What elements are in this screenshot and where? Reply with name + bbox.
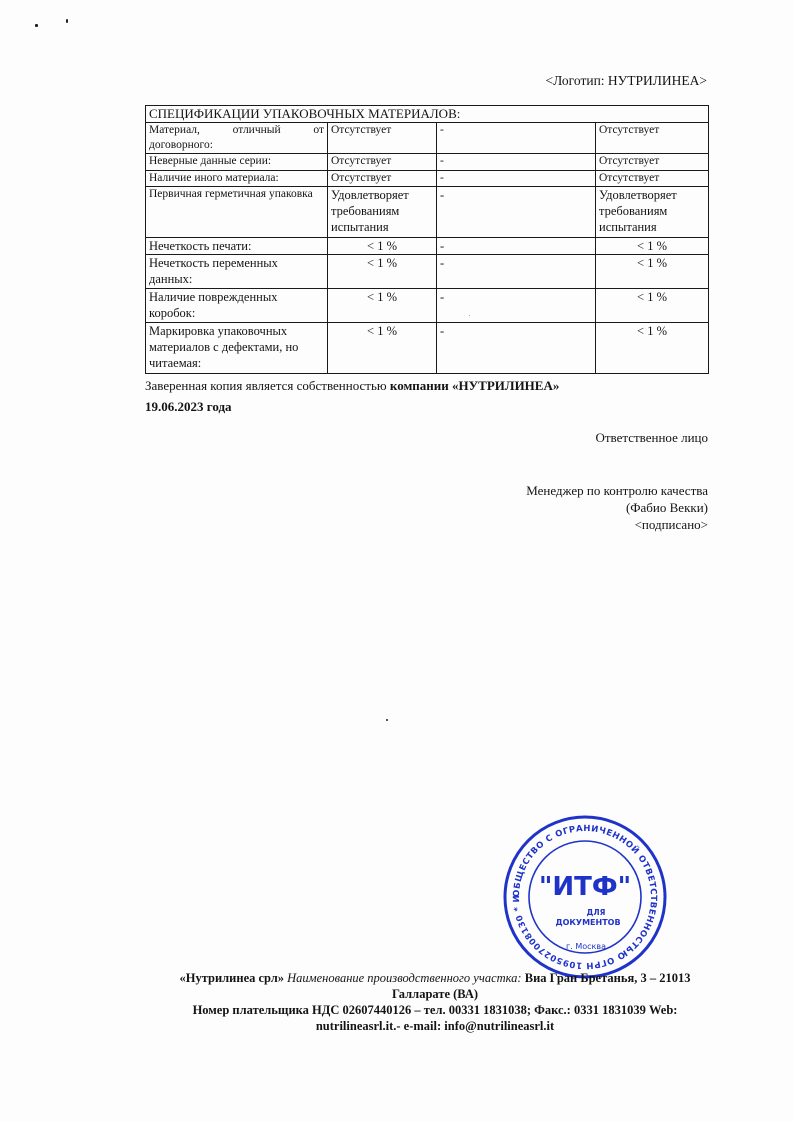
row-label: Материал, отличный от договорного: bbox=[146, 123, 328, 154]
table-row: Наличие иного материала: Отсутствует - О… bbox=[146, 171, 709, 187]
table-row: Нечеткость переменных данных: < 1 % - < … bbox=[146, 255, 709, 289]
table-row: Материал, отличный от договорного: Отсут… bbox=[146, 123, 709, 154]
row-value-1: Удовлетворяет требованиям испытания bbox=[328, 187, 437, 238]
row-value-1: < 1 % bbox=[328, 323, 437, 374]
table-row: Наличие поврежденных коробок: < 1 % - < … bbox=[146, 289, 709, 323]
company-stamp: ОБЩЕСТВО С ОГРАНИЧЕННОЙ ОТВЕТСТВЕННОСТЬЮ… bbox=[500, 812, 670, 982]
table-title: СПЕЦИФИКАЦИИ УПАКОВОЧНЫХ МАТЕРИАЛОВ: bbox=[146, 106, 709, 123]
row-value-1: Отсутствует bbox=[328, 123, 437, 154]
signatory-block: Менеджер по контролю качества (Фабио Век… bbox=[526, 482, 708, 533]
row-value-2: - bbox=[437, 238, 596, 255]
footer-company: «Нутрилинеа срл» bbox=[180, 971, 284, 985]
table-title-row: СПЕЦИФИКАЦИИ УПАКОВОЧНЫХ МАТЕРИАЛОВ: bbox=[146, 106, 709, 123]
row-value-2: - bbox=[437, 323, 596, 374]
row-value-1: < 1 % bbox=[328, 289, 437, 323]
footer: «Нутрилинеа срл» Наименование производст… bbox=[150, 970, 720, 1034]
footer-site-label: Наименование производственного участка: bbox=[287, 971, 522, 985]
footer-line-1: «Нутрилинеа срл» Наименование производст… bbox=[150, 970, 720, 986]
row-value-2: - bbox=[437, 187, 596, 238]
row-label: Нечеткость печати: bbox=[146, 238, 328, 255]
footer-line-3: Номер плательщика НДС 02607440126 – тел.… bbox=[150, 1002, 720, 1018]
certification-note: Заверенная копия является собственностью… bbox=[145, 375, 559, 396]
table-row: Нечеткость печати: < 1 % - < 1 % bbox=[146, 238, 709, 255]
row-label: Наличие поврежденных коробок: bbox=[146, 289, 328, 323]
row-label: Неверные данные серии: bbox=[146, 154, 328, 171]
row-value-1: < 1 % bbox=[328, 238, 437, 255]
row-label: Нечеткость переменных данных: bbox=[146, 255, 328, 289]
scan-speck bbox=[35, 24, 38, 27]
packaging-spec-table: СПЕЦИФИКАЦИИ УПАКОВОЧНЫХ МАТЕРИАЛОВ: Мат… bbox=[145, 105, 709, 374]
table-row: Первичная герметичная упаковка Удовлетво… bbox=[146, 187, 709, 238]
stamp-city: г. Москва bbox=[566, 942, 606, 951]
footer-line-2: Галларате (ВА) bbox=[150, 986, 720, 1002]
footer-line-4: nutrilineasrl.it.- e-mail: info@nutrilin… bbox=[150, 1018, 720, 1034]
row-value-1: Отсутствует bbox=[328, 171, 437, 187]
certification-date: 19.06.2023 года bbox=[145, 396, 559, 417]
row-value-2: - bbox=[437, 255, 596, 289]
table-row: Неверные данные серии: Отсутствует - Отс… bbox=[146, 154, 709, 171]
signatory-name: (Фабио Векки) bbox=[526, 499, 708, 516]
signed-note: <подписано> bbox=[526, 516, 708, 533]
footer-address: Виа Гран Бретанья, 3 – 21013 bbox=[525, 971, 691, 985]
row-label: Наличие иного материала: bbox=[146, 171, 328, 187]
scan-speck bbox=[66, 19, 68, 23]
row-label: Маркировка упаковочных материалов с дефе… bbox=[146, 323, 328, 374]
stamp-center-text: "ИТФ" bbox=[539, 872, 631, 902]
table-row: Маркировка упаковочных материалов с дефе… bbox=[146, 323, 709, 374]
logo-placeholder: <Логотип: НУТРИЛИНЕА> bbox=[545, 73, 707, 89]
row-value-2: - bbox=[437, 123, 596, 154]
signatory-position: Менеджер по контролю качества bbox=[526, 482, 708, 499]
company-name: компании «НУТРИЛИНЕА» bbox=[390, 378, 559, 393]
row-value-3: Удовлетворяет требованиям испытания bbox=[596, 187, 709, 238]
stamp-sub-line1: ДЛЯ bbox=[587, 908, 606, 917]
row-value-1: < 1 % bbox=[328, 255, 437, 289]
row-value-3: Отсутствует bbox=[596, 171, 709, 187]
row-value-1: Отсутствует bbox=[328, 154, 437, 171]
certification-block: Заверенная копия является собственностью… bbox=[145, 375, 559, 417]
row-label: Первичная герметичная упаковка bbox=[146, 187, 328, 238]
row-value-2: - bbox=[437, 154, 596, 171]
row-value-3: Отсутствует bbox=[596, 123, 709, 154]
scan-speck bbox=[386, 719, 388, 721]
stamp-sub-line2: ДОКУМЕНТОВ bbox=[555, 918, 620, 927]
row-value-2: - bbox=[437, 171, 596, 187]
row-value-2: - bbox=[437, 289, 596, 323]
row-value-3: < 1 % bbox=[596, 289, 709, 323]
row-value-3: < 1 % bbox=[596, 238, 709, 255]
responsible-person-label: Ответственное лицо bbox=[595, 429, 708, 446]
row-value-3: < 1 % bbox=[596, 255, 709, 289]
row-value-3: Отсутствует bbox=[596, 154, 709, 171]
row-value-3: < 1 % bbox=[596, 323, 709, 374]
